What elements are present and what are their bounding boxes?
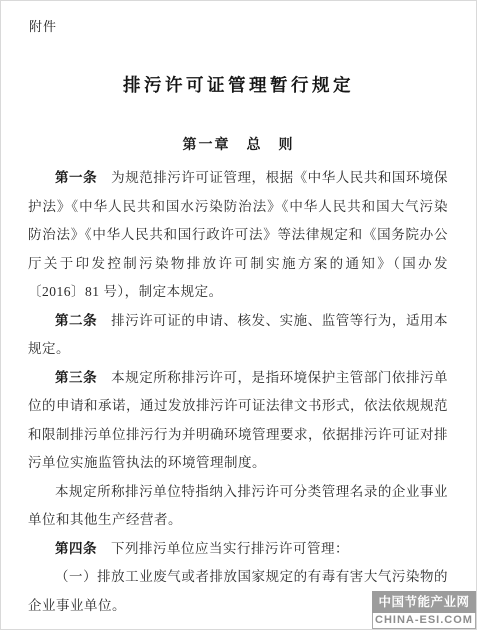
document-page: 附件 排污许可证管理暂行规定 第一章 总 则 第一条 为规范排污许可证管理，根据… [0, 0, 477, 630]
site-watermark: 中国节能产业网 CHINA-ESI.COM [372, 591, 476, 630]
chapter-heading: 第一章 总 则 [1, 134, 476, 154]
document-body: 第一条 为规范排污许可证管理，根据《中华人民共和国环境保护法》《中华人民共和国水… [28, 164, 448, 620]
paragraph-article-3: 第三条 本规定所称排污许可，是指环境保护主管部门依排污单位的申请和承诺，通过发放… [28, 364, 448, 478]
article-number-4: 第四条 [55, 541, 97, 556]
article-number-1: 第一条 [55, 170, 97, 185]
watermark-site-url: CHINA-ESI.COM [372, 613, 476, 629]
watermark-site-name: 中国节能产业网 [372, 591, 476, 614]
paragraph-text: 本规定所称排污单位特指纳入排污许可分类管理名录的企业事业单位和其他生产经营者。 [28, 484, 448, 528]
paragraph-article-3-continued: 本规定所称排污单位特指纳入排污许可分类管理名录的企业事业单位和其他生产经营者。 [28, 478, 448, 535]
paragraph-text: 下列排污单位应当实行排污许可管理： [97, 541, 349, 556]
attachment-label: 附件 [29, 16, 476, 35]
paragraph-article-4: 第四条 下列排污单位应当实行排污许可管理： [28, 535, 448, 564]
paragraph-text: 为规范排污许可证管理，根据《中华人民共和国环境保护法》《中华人民共和国水污染防治… [28, 170, 448, 299]
paragraph-article-1: 第一条 为规范排污许可证管理，根据《中华人民共和国环境保护法》《中华人民共和国水… [28, 164, 448, 307]
paragraph-article-2: 第二条 排污许可证的申请、核发、实施、监管等行为，适用本规定。 [28, 307, 448, 364]
article-number-2: 第二条 [55, 313, 97, 328]
document-title: 排污许可证管理暂行规定 [1, 72, 476, 97]
article-number-3: 第三条 [55, 370, 97, 385]
